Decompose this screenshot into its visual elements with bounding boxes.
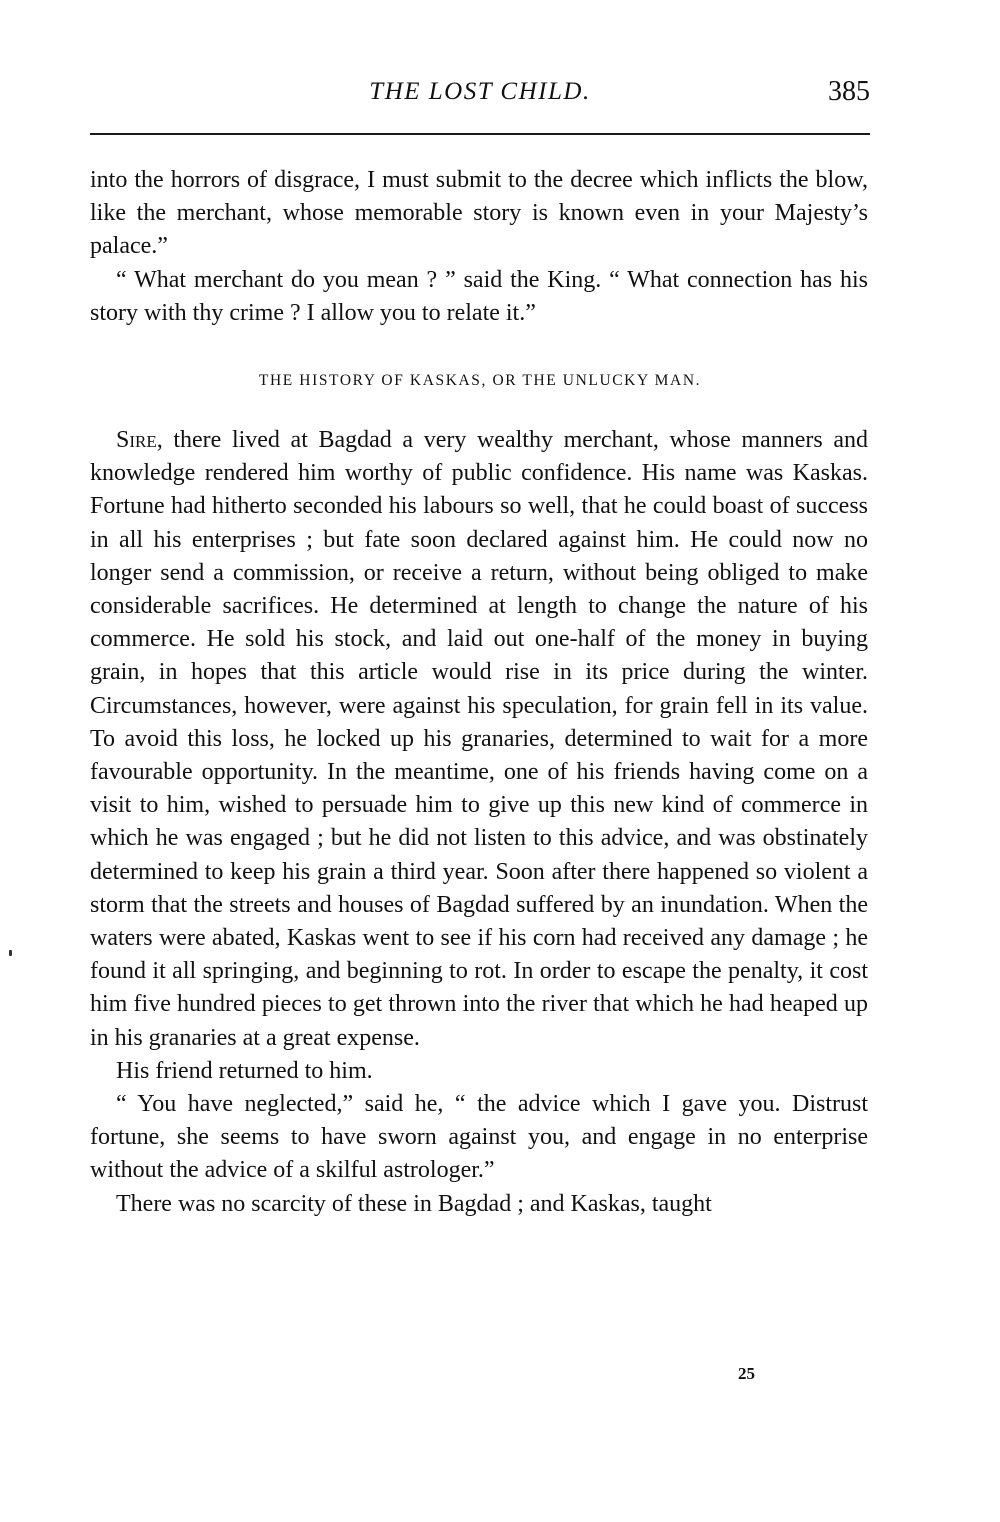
- paragraph: His friend returned to him.: [90, 1055, 868, 1088]
- paragraph: “ What merchant do you mean ? ” said the…: [90, 264, 868, 330]
- paragraph: “ You have neglected,” said he, “ the ad…: [90, 1088, 868, 1188]
- signature-mark: 25: [738, 1364, 755, 1384]
- section-body: Sire, there lived at Bagdad a very wealt…: [90, 424, 868, 1221]
- section-heading: THE HISTORY OF KASKAS, OR THE UNLUCKY MA…: [90, 372, 870, 390]
- margin-speck: [9, 950, 12, 956]
- paragraph: into the horrors of disgrace, I must sub…: [90, 164, 868, 264]
- book-page: THE LOST CHILD. 385 into the horrors of …: [0, 0, 1000, 1522]
- paragraph-text: there lived at Bagdad a very wealthy mer…: [90, 427, 868, 1051]
- running-title: THE LOST CHILD.: [90, 78, 870, 106]
- paragraph: There was no scarcity of these in Bagdad…: [90, 1188, 868, 1221]
- lead-word: Sire,: [116, 427, 163, 453]
- header-rule: [90, 133, 870, 135]
- paragraph: Sire, there lived at Bagdad a very wealt…: [90, 424, 868, 1055]
- page-number: 385: [828, 76, 870, 108]
- opening-text: into the horrors of disgrace, I must sub…: [90, 164, 868, 330]
- running-header: THE LOST CHILD. 385: [90, 76, 870, 116]
